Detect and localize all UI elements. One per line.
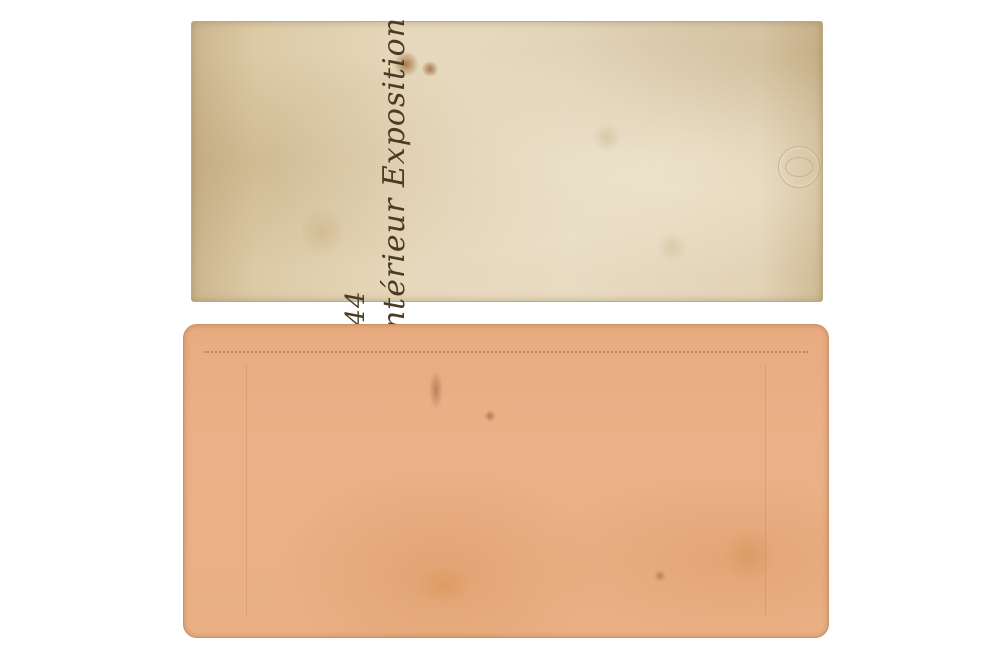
foxing-stain xyxy=(420,62,440,76)
foxing-stain xyxy=(724,525,774,585)
foxing-stain xyxy=(429,370,443,410)
stereoview-card-front xyxy=(191,21,823,302)
foxing-stain xyxy=(657,232,687,262)
handwritten-inscription: 244 Intérieur Exposition xyxy=(341,53,421,343)
faded-printed-line xyxy=(204,351,808,353)
foxing-stain xyxy=(654,570,666,582)
stereoview-card-back xyxy=(183,324,829,638)
inscription-title: Intérieur Exposition xyxy=(377,17,412,343)
embossed-stamp-icon xyxy=(778,146,820,188)
foxing-stain xyxy=(302,202,342,262)
faded-border-line xyxy=(765,365,766,617)
foxing-stain xyxy=(414,565,474,605)
foxing-stain xyxy=(484,410,496,422)
foxing-stain xyxy=(592,122,622,152)
faded-border-line xyxy=(246,365,247,617)
